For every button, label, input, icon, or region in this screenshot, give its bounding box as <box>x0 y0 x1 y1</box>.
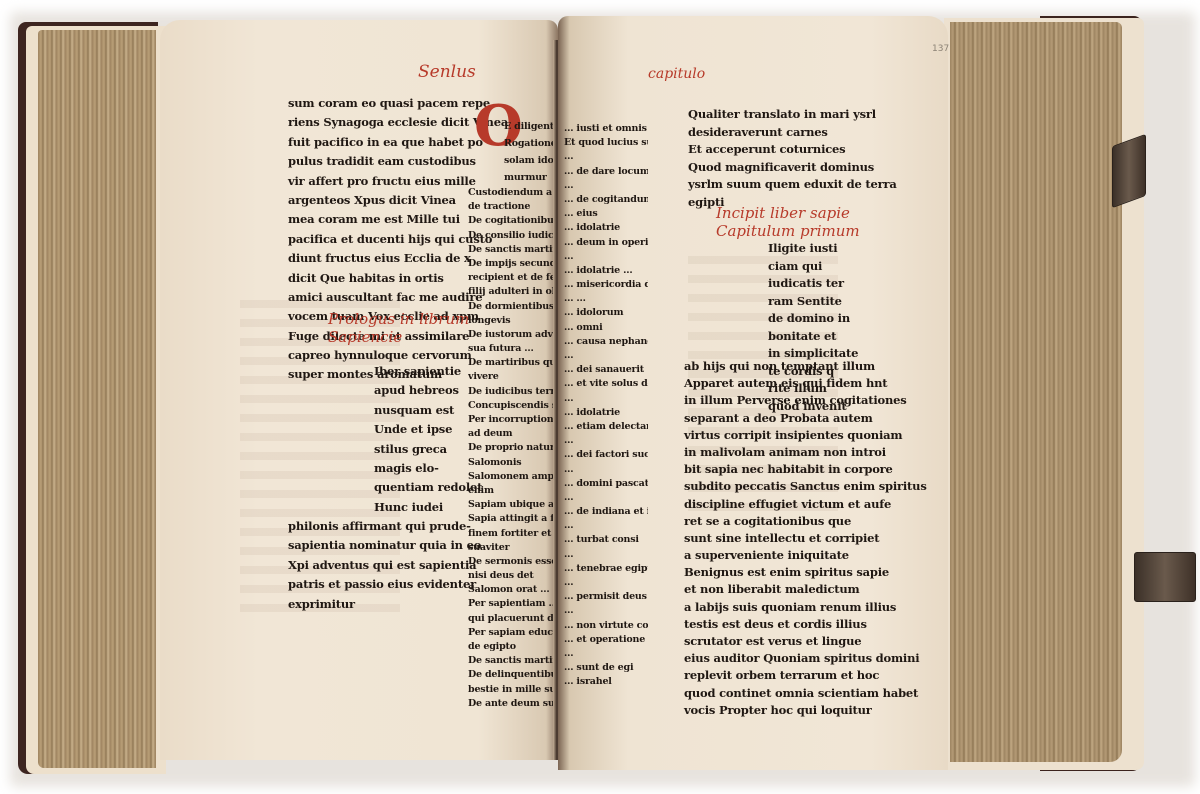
text-line: ... de indiana et in <box>564 505 648 519</box>
text-line: Salomon orat ... <box>468 583 554 597</box>
text-line: ... <box>564 519 648 533</box>
text-line: ... ... <box>564 292 648 306</box>
text-line: De sermonis esse ... <box>468 555 554 569</box>
text-line: discipline effugiet victum et aufe <box>684 496 927 513</box>
text-line: nisi deus det <box>468 569 554 583</box>
text-line: De iudicibus terre <box>468 385 554 399</box>
text-line: de tractione <box>468 200 554 214</box>
text-line: vocis Propter hoc qui loquitur <box>684 702 927 719</box>
text-line: subdito peccatis Sanctus enim spiritus <box>684 478 927 495</box>
text-line: De impijs secundum quod pe... <box>468 257 554 271</box>
text-line: in illum Perverse enim cogitationes <box>684 392 927 409</box>
text-line: Apparet autem eis qui fidem hnt <box>684 375 927 392</box>
rubric-line: Incipit liber sapie <box>716 204 860 222</box>
bottom-metal-clasp <box>1134 552 1196 602</box>
text-line: Benignus est enim spiritus sapie <box>684 564 927 581</box>
text-line: De cogitationibus impiorum <box>468 214 554 228</box>
text-line: Hunc iudei <box>374 498 482 517</box>
right-page: capitulo 137 ... iusti et omnis secundi … <box>558 16 948 770</box>
text-line: ... de cogitandum et spe <box>564 193 648 207</box>
text-line: sua futura ... <box>468 342 554 356</box>
text-line: virtus corripit insipientes quoniam <box>684 427 927 444</box>
text-line: quod continet omnia scientiam habet <box>684 685 927 702</box>
text-line: filij adulteri in obmissione <box>468 285 554 299</box>
text-line: ad deum <box>468 427 554 441</box>
text-line: replevit orbem terrarum et hoc <box>684 667 927 684</box>
text-line: de domino in <box>768 310 858 328</box>
left-page: Senlus sum coram eo quasi pacem repe rie… <box>160 20 558 760</box>
text-line: Et acceperunt coturnices <box>688 141 897 159</box>
text-line: patris et passio eius evidenter <box>288 575 481 594</box>
right-column-b-top: Qualiter translato in mari ysrl desidera… <box>688 106 897 211</box>
rubric-line: Prologus in librum <box>328 310 469 328</box>
text-line: ... omni <box>564 321 648 335</box>
text-line: ... dei sanauerit <box>564 363 648 377</box>
right-running-head: capitulo <box>648 66 705 82</box>
text-line: vivere <box>468 370 554 384</box>
text-line: Salomonem ampliscit ... <box>468 470 554 484</box>
text-line: Sapia attingit a fine ... <box>468 512 554 526</box>
text-line: bonitate et <box>768 328 858 346</box>
text-line: Qualiter translato in mari ysrl <box>688 106 897 124</box>
right-page-stack <box>950 22 1122 762</box>
text-line: Custodiendum a murmuratione <box>468 186 554 200</box>
text-line: Iligite iusti <box>768 240 858 258</box>
prologue-heading: Prologus in librum Sapiencie <box>328 310 469 346</box>
text-line: Unde et ipse <box>374 420 482 439</box>
text-line: ... iusti et omnis secundi <box>564 122 648 136</box>
text-line: ... etiam delectamenti <box>564 420 648 434</box>
text-line: De proprio natura ... <box>468 441 554 455</box>
left-running-head: Senlus <box>418 62 476 82</box>
incipit-heading: Incipit liber sapie Capitulum primum <box>716 204 860 240</box>
text-line: ab hijs qui non temptant illum <box>684 358 927 375</box>
text-line: ... et vite solus domini <box>564 377 648 391</box>
text-line: ... <box>564 250 648 264</box>
text-line: De ante deum sunt ... <box>468 697 554 711</box>
text-line: Et quod lucius suavis sit <box>564 136 648 150</box>
text-line: ... <box>564 392 648 406</box>
text-line: ysrlm suum quem eduxit de terra <box>688 176 897 194</box>
text-line: ... deum in operibus <box>564 236 648 250</box>
text-line: a labijs suis quoniam renum illius <box>684 599 927 616</box>
text-line: ... sunt de egi <box>564 661 648 675</box>
text-line: exprimitur <box>288 595 481 614</box>
top-metal-clasp <box>1112 134 1146 208</box>
text-line: ... causa nephanda <box>564 335 648 349</box>
text-line: ... idolatrie <box>564 406 648 420</box>
text-line: Salomonis <box>468 456 554 470</box>
text-line: ... non virtute corpus <box>564 619 648 633</box>
text-line: Per sapientiam ... <box>468 597 554 611</box>
text-line: ... <box>564 463 648 477</box>
text-line: qui placuerunt deo <box>468 612 554 626</box>
text-line: ... <box>564 434 648 448</box>
text-line: iudicatis ter <box>768 275 858 293</box>
text-line: ... idolatrie ... <box>564 264 648 278</box>
text-line: Per sapiam educitur ... <box>468 626 554 640</box>
text-line: ... <box>564 349 648 363</box>
text-line: longevis <box>468 314 554 328</box>
text-line: Per incorruptionem ... <box>468 413 554 427</box>
text-line: ... et operatione educit <box>564 633 648 647</box>
text-line: De sanctis martiribus <box>468 654 554 668</box>
text-line: philonis affirmant qui prude- <box>288 517 481 536</box>
left-page-stack <box>38 30 156 768</box>
text-line: ... tenebrae egipti <box>564 562 648 576</box>
text-line: ... <box>564 647 648 661</box>
text-line: ... <box>564 604 648 618</box>
text-line: de egipto <box>468 640 554 654</box>
text-line: De consilio iudicum idolatrie <box>468 229 554 243</box>
text-line: enim <box>468 484 554 498</box>
rubric-line: Capitulum primum <box>716 222 860 240</box>
text-line: Xpi adventus qui est sapientia <box>288 556 481 575</box>
text-line: ... misericordia deus <box>564 278 648 292</box>
text-line: ... israhel <box>564 675 648 689</box>
text-line: ... domini pascat evode <box>564 477 648 491</box>
text-line: ... idolatrie <box>564 221 648 235</box>
text-line: ... dei factori suo <box>564 448 648 462</box>
text-line: bit sapia nec habitabit in corpore <box>684 461 927 478</box>
text-line: De delinquentibus ... <box>468 668 554 682</box>
prologue-indented-text: Iber sapientie apud hebreos nusquam est … <box>374 362 482 517</box>
text-line: ... <box>564 179 648 193</box>
left-column-b: Custodiendum a murmuratione de tractione… <box>468 186 554 711</box>
text-line: desideraverunt carnes <box>688 124 897 142</box>
text-line: a superveniente iniquitate <box>684 547 927 564</box>
text-line: nusquam est <box>374 401 482 420</box>
text-line: ret se a cogitationibus que <box>684 513 927 530</box>
text-line: recipient et de felicitate... <box>468 271 554 285</box>
text-line: Quod magnificaverit dominus <box>688 159 897 177</box>
rubric-line: Sapiencie <box>328 328 469 346</box>
text-line: ram Sentite <box>768 293 858 311</box>
text-line: eius auditor Quoniam spiritus domini <box>684 650 927 667</box>
text-line: ciam qui <box>768 258 858 276</box>
text-line: ... turbat consi <box>564 533 648 547</box>
text-line: sapientia nominatur quia in eo <box>288 536 481 555</box>
text-line: Concupiscendis sermonibus <box>468 399 554 413</box>
text-line: ... idolorum <box>564 306 648 320</box>
right-column-a: ... iusti et omnis secundi Et quod luciu… <box>564 122 648 690</box>
text-line: ... de dare locum pene <box>564 165 648 179</box>
text-line: apud hebreos <box>374 381 482 400</box>
text-line: in malivolam animam non introi <box>684 444 927 461</box>
text-line: ... <box>564 576 648 590</box>
text-line: sunt sine intellectu et corripiet <box>684 530 927 547</box>
text-line: scrutator est verus et lingue <box>684 633 927 650</box>
text-line: bestie in mille sunt <box>468 683 554 697</box>
chapter-full-width-text: ab hijs qui non temptant illum Apparet a… <box>684 358 927 719</box>
text-line: ... <box>564 491 648 505</box>
text-line: suaviter <box>468 541 554 555</box>
text-line: Sapiam ubique attingit <box>468 498 554 512</box>
folio-number: 137 <box>932 44 949 54</box>
text-line: ... permisit deus p <box>564 590 648 604</box>
text-line: ... <box>564 548 648 562</box>
text-line: De martiribus quod ... <box>468 356 554 370</box>
text-line: stilus greca <box>374 440 482 459</box>
text-line: magis elo- <box>374 459 482 478</box>
text-line: ... <box>564 150 648 164</box>
text-line: De dormientibus ... <box>468 300 554 314</box>
text-line: Iber sapientie <box>374 362 482 381</box>
text-line: et non liberabit maledictum <box>684 581 927 598</box>
text-line: quentiam redolet <box>374 478 482 497</box>
text-line: De iustorum adversis pa... <box>468 328 554 342</box>
text-line: finem fortiter et disponit <box>468 527 554 541</box>
prologue-full-width-text: philonis affirmant qui prude- sapientia … <box>288 517 481 614</box>
text-line: separant a deo Probata autem <box>684 410 927 427</box>
text-line: ... eius <box>564 207 648 221</box>
text-line: testis est deus et cordis illius <box>684 616 927 633</box>
text-line: De sanctis martiribus <box>468 243 554 257</box>
